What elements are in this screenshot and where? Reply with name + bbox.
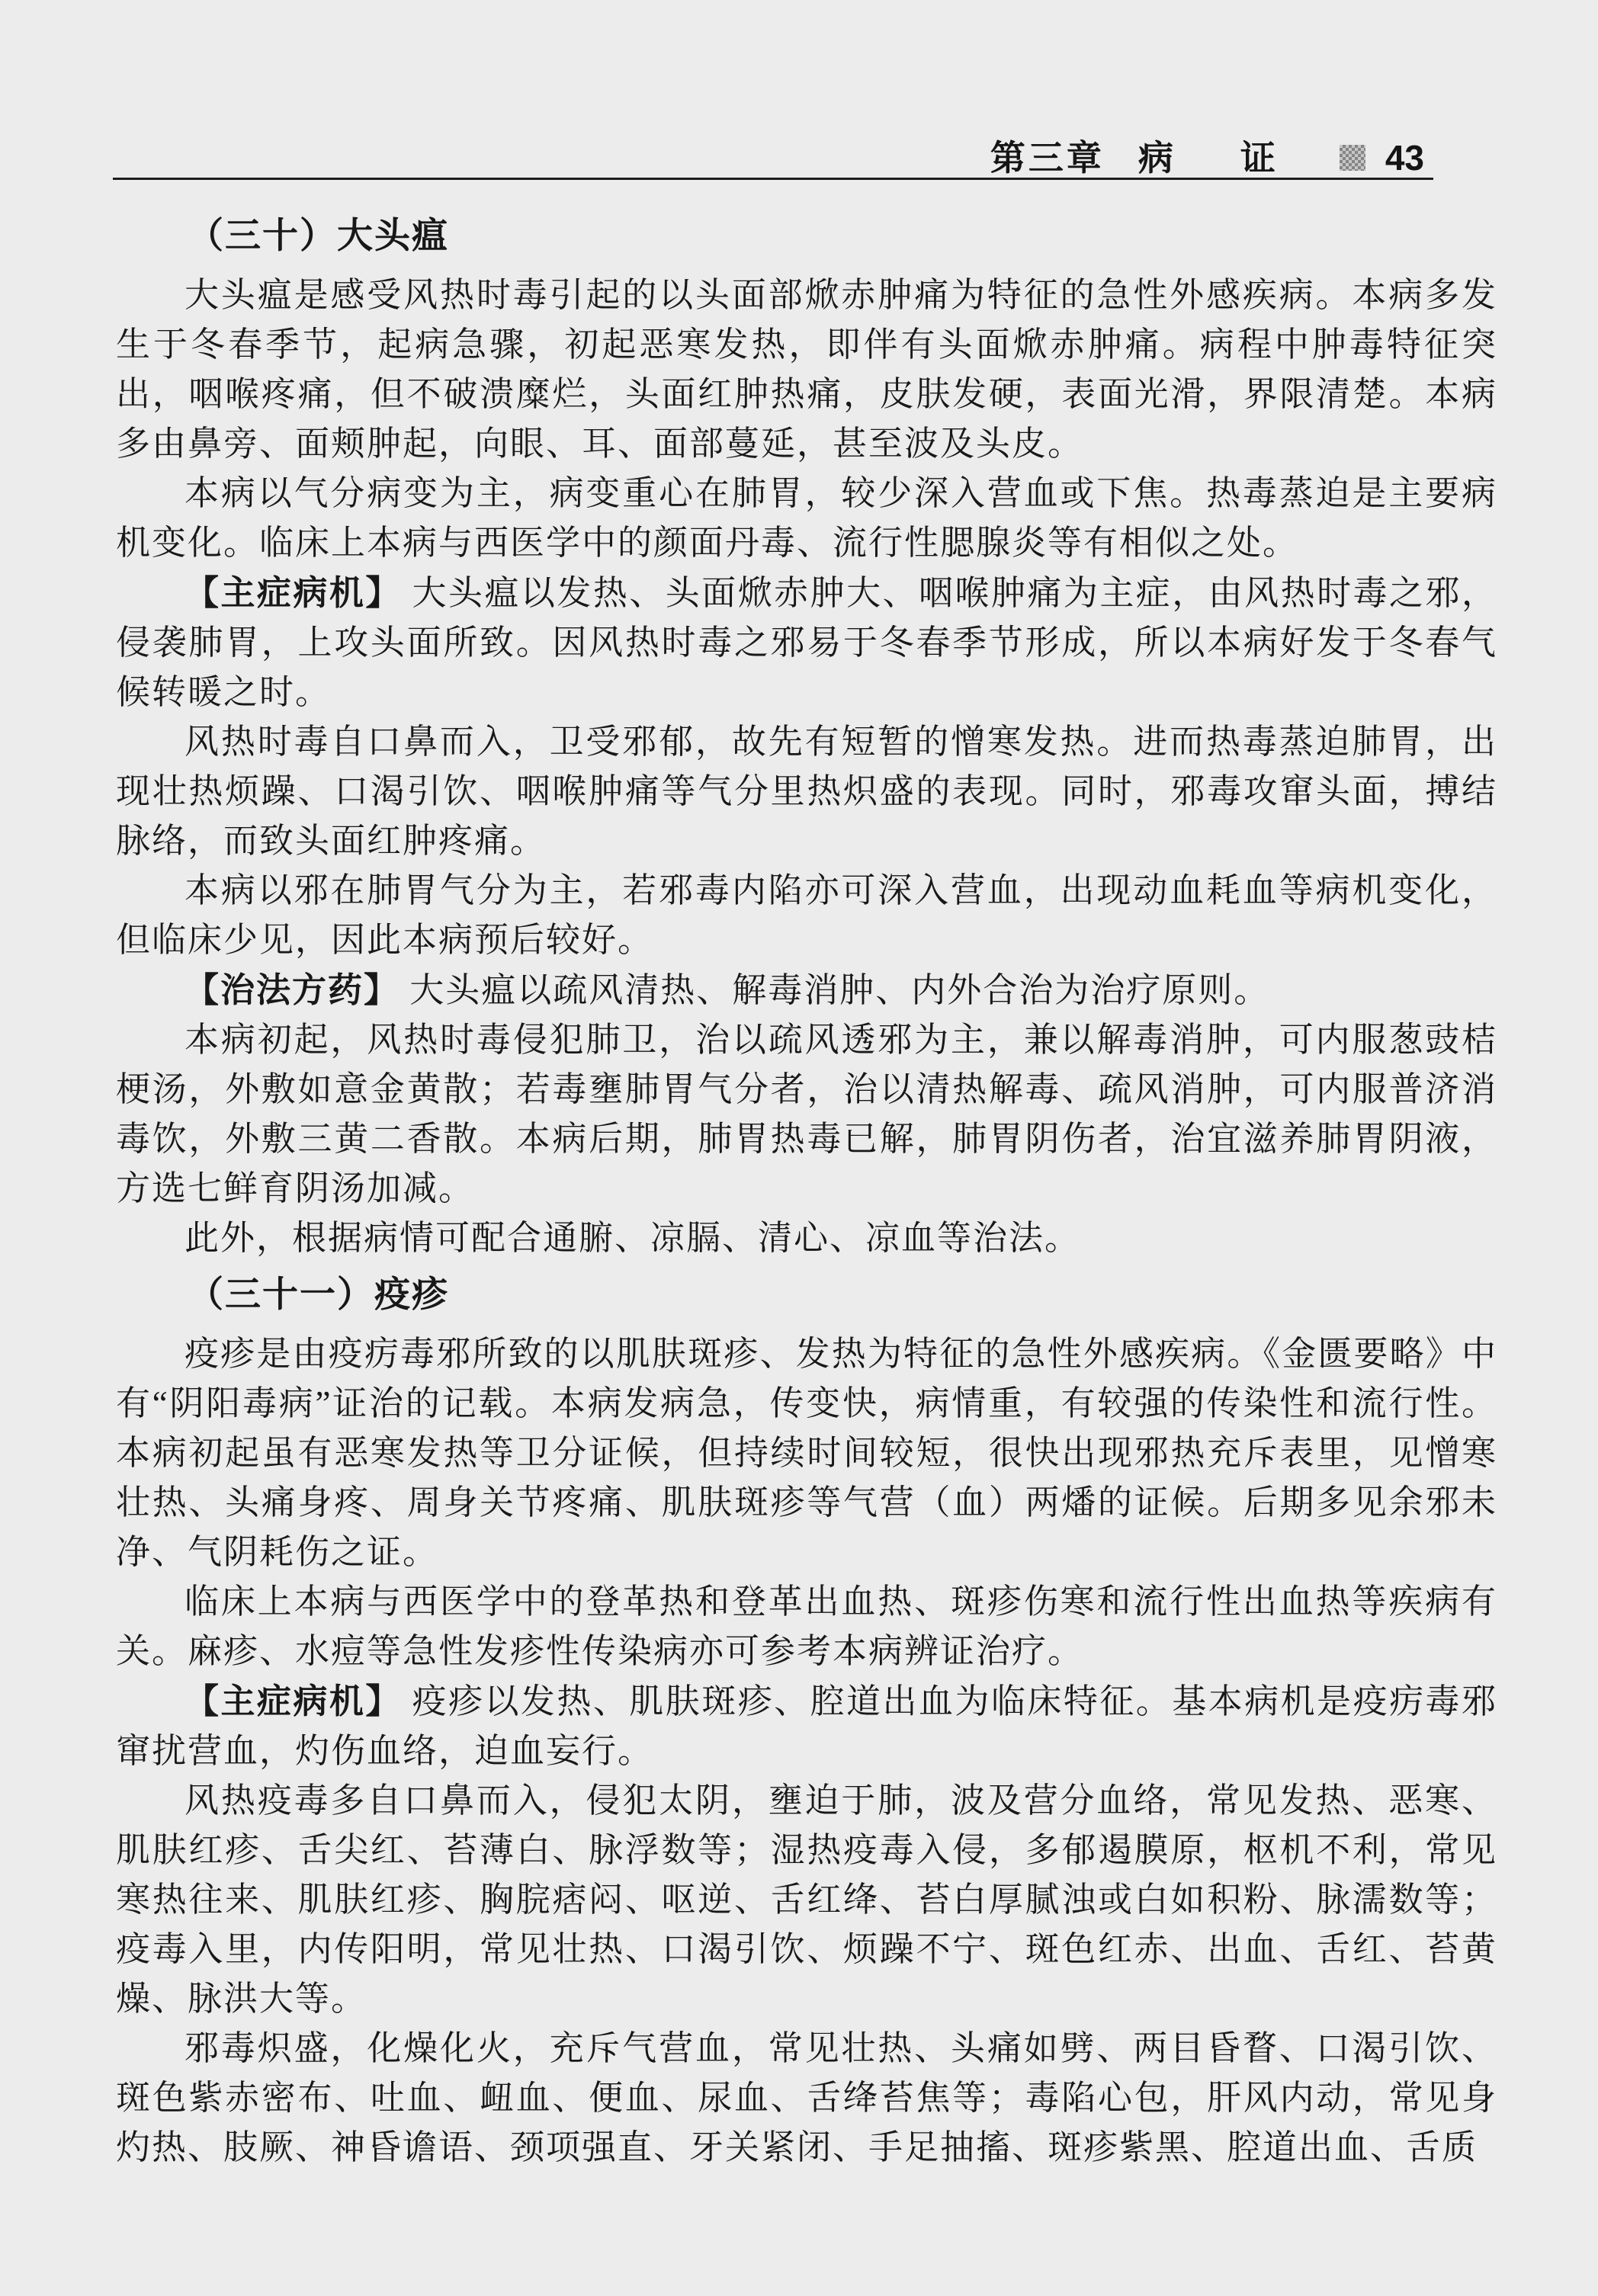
page-content: （三十）大头瘟 大头瘟是感受风热时毒引起的以头面部焮赤肿痛为特征的急性外感疾病。… <box>116 204 1497 2173</box>
paragraph-text: 临床上本病与西医学中的登革热和登革出血热、斑疹伤寒和流行性出血热等疾病有关。麻疹… <box>116 1583 1497 1670</box>
page-number-marker-icon <box>1340 145 1365 171</box>
paragraph: 本病初起，风热时毒侵犯肺卫，治以疏风透邪为主，兼以解毒消肿，可内服葱豉桔梗汤，外… <box>116 1015 1497 1214</box>
paragraph: 本病以气分病变为主，病变重心在肺胃，较少深入营血或下焦。热毒蒸迫是主要病机变化。… <box>116 469 1497 568</box>
paragraph-text: 风热疫毒多自口鼻而入，侵犯太阴，壅迫于肺，波及营分血络，常见发热、恶寒、肌肤红疹… <box>116 1781 1497 2018</box>
paragraph: 【主症病机】 大头瘟以发热、头面焮赤肿大、咽喉肿痛为主症，由风热时毒之邪，侵袭肺… <box>116 568 1497 717</box>
book-page: 第三章 病 证 43 （三十）大头瘟 大头瘟是感受风热时毒引起的以头面部焮赤肿痛… <box>0 0 1598 2296</box>
paragraph-text: 本病以气分病变为主，病变重心在肺胃，较少深入营血或下焦。热毒蒸迫是主要病机变化。… <box>116 474 1497 562</box>
paragraph-tag: 【治法方药】 <box>185 970 399 1009</box>
section-heading: （三十一）疫疹 <box>116 1269 1497 1319</box>
chapter-title-char: 证 <box>1240 139 1276 177</box>
chapter-label: 第三章 <box>990 139 1105 177</box>
paragraph-text: 此外，根据病情可配合通腑、凉膈、清心、凉血等治法。 <box>185 1219 1080 1257</box>
paragraph-tag: 【主症病机】 <box>185 573 402 612</box>
paragraph: 本病以邪在肺胃气分为主，若邪毒内陷亦可深入营血，出现动血耗血等病机变化，但临床少… <box>116 866 1497 965</box>
paragraph-text: 邪毒炽盛，化燥化火，充斥气营血，常见壮热、头痛如劈、两目昏瞀、口渴引饮、斑色紫赤… <box>116 2029 1497 2166</box>
paragraph-text: 本病初起，风热时毒侵犯肺卫，治以疏风透邪为主，兼以解毒消肿，可内服葱豉桔梗汤，外… <box>116 1021 1497 1207</box>
header-rule <box>113 178 1433 180</box>
chapter-title-char: 病 <box>1138 139 1173 177</box>
paragraph-text: 本病以邪在肺胃气分为主，若邪毒内陷亦可深入营血，出现动血耗血等病机变化，但临床少… <box>116 871 1497 959</box>
running-header: 第三章 病 证 43 <box>0 139 1424 177</box>
paragraph: 【主症病机】 疫疹以发热、肌肤斑疹、腔道出血为临床特征。基本病机是疫疠毒邪窜扰营… <box>116 1676 1497 1776</box>
paragraph-text: 大头瘟以疏风清热、解毒消肿、内外合治为治疗原则。 <box>399 971 1269 1009</box>
paragraph: 邪毒炽盛，化燥化火，充斥气营血，常见壮热、头痛如劈、两目昏瞀、口渴引饮、斑色紫赤… <box>116 2024 1497 2173</box>
paragraph-text: 风热时毒自口鼻而入，卫受邪郁，故先有短暂的憎寒发热。进而热毒蒸迫肺胃，出现壮热烦… <box>116 723 1497 860</box>
paragraph: 【治法方药】 大头瘟以疏风清热、解毒消肿、内外合治为治疗原则。 <box>116 965 1497 1015</box>
paragraph: 疫疹是由疫疠毒邪所致的以肌肤斑疹、发热为特征的急性外感疾病。《金匮要略》中有“阴… <box>116 1329 1497 1577</box>
paragraph-text: 大头瘟是感受风热时毒引起的以头面部焮赤肿痛为特征的急性外感疾病。本病多发生于冬春… <box>116 276 1497 463</box>
section-heading: （三十）大头瘟 <box>116 210 1497 260</box>
paragraph: 大头瘟是感受风热时毒引起的以头面部焮赤肿痛为特征的急性外感疾病。本病多发生于冬春… <box>116 271 1497 469</box>
page-number: 43 <box>1385 139 1424 177</box>
paragraph: 临床上本病与西医学中的登革热和登革出血热、斑疹伤寒和流行性出血热等疾病有关。麻疹… <box>116 1577 1497 1676</box>
paragraph: 风热疫毒多自口鼻而入，侵犯太阴，壅迫于肺，波及营分血络，常见发热、恶寒、肌肤红疹… <box>116 1776 1497 2024</box>
paragraph: 风热时毒自口鼻而入，卫受邪郁，故先有短暂的憎寒发热。进而热毒蒸迫肺胃，出现壮热烦… <box>116 717 1497 866</box>
paragraph-text: 疫疹是由疫疠毒邪所致的以肌肤斑疹、发热为特征的急性外感疾病。《金匮要略》中有“阴… <box>116 1335 1497 1571</box>
paragraph: 此外，根据病情可配合通腑、凉膈、清心、凉血等治法。 <box>116 1214 1497 1263</box>
paragraph-tag: 【主症病机】 <box>185 1682 402 1720</box>
